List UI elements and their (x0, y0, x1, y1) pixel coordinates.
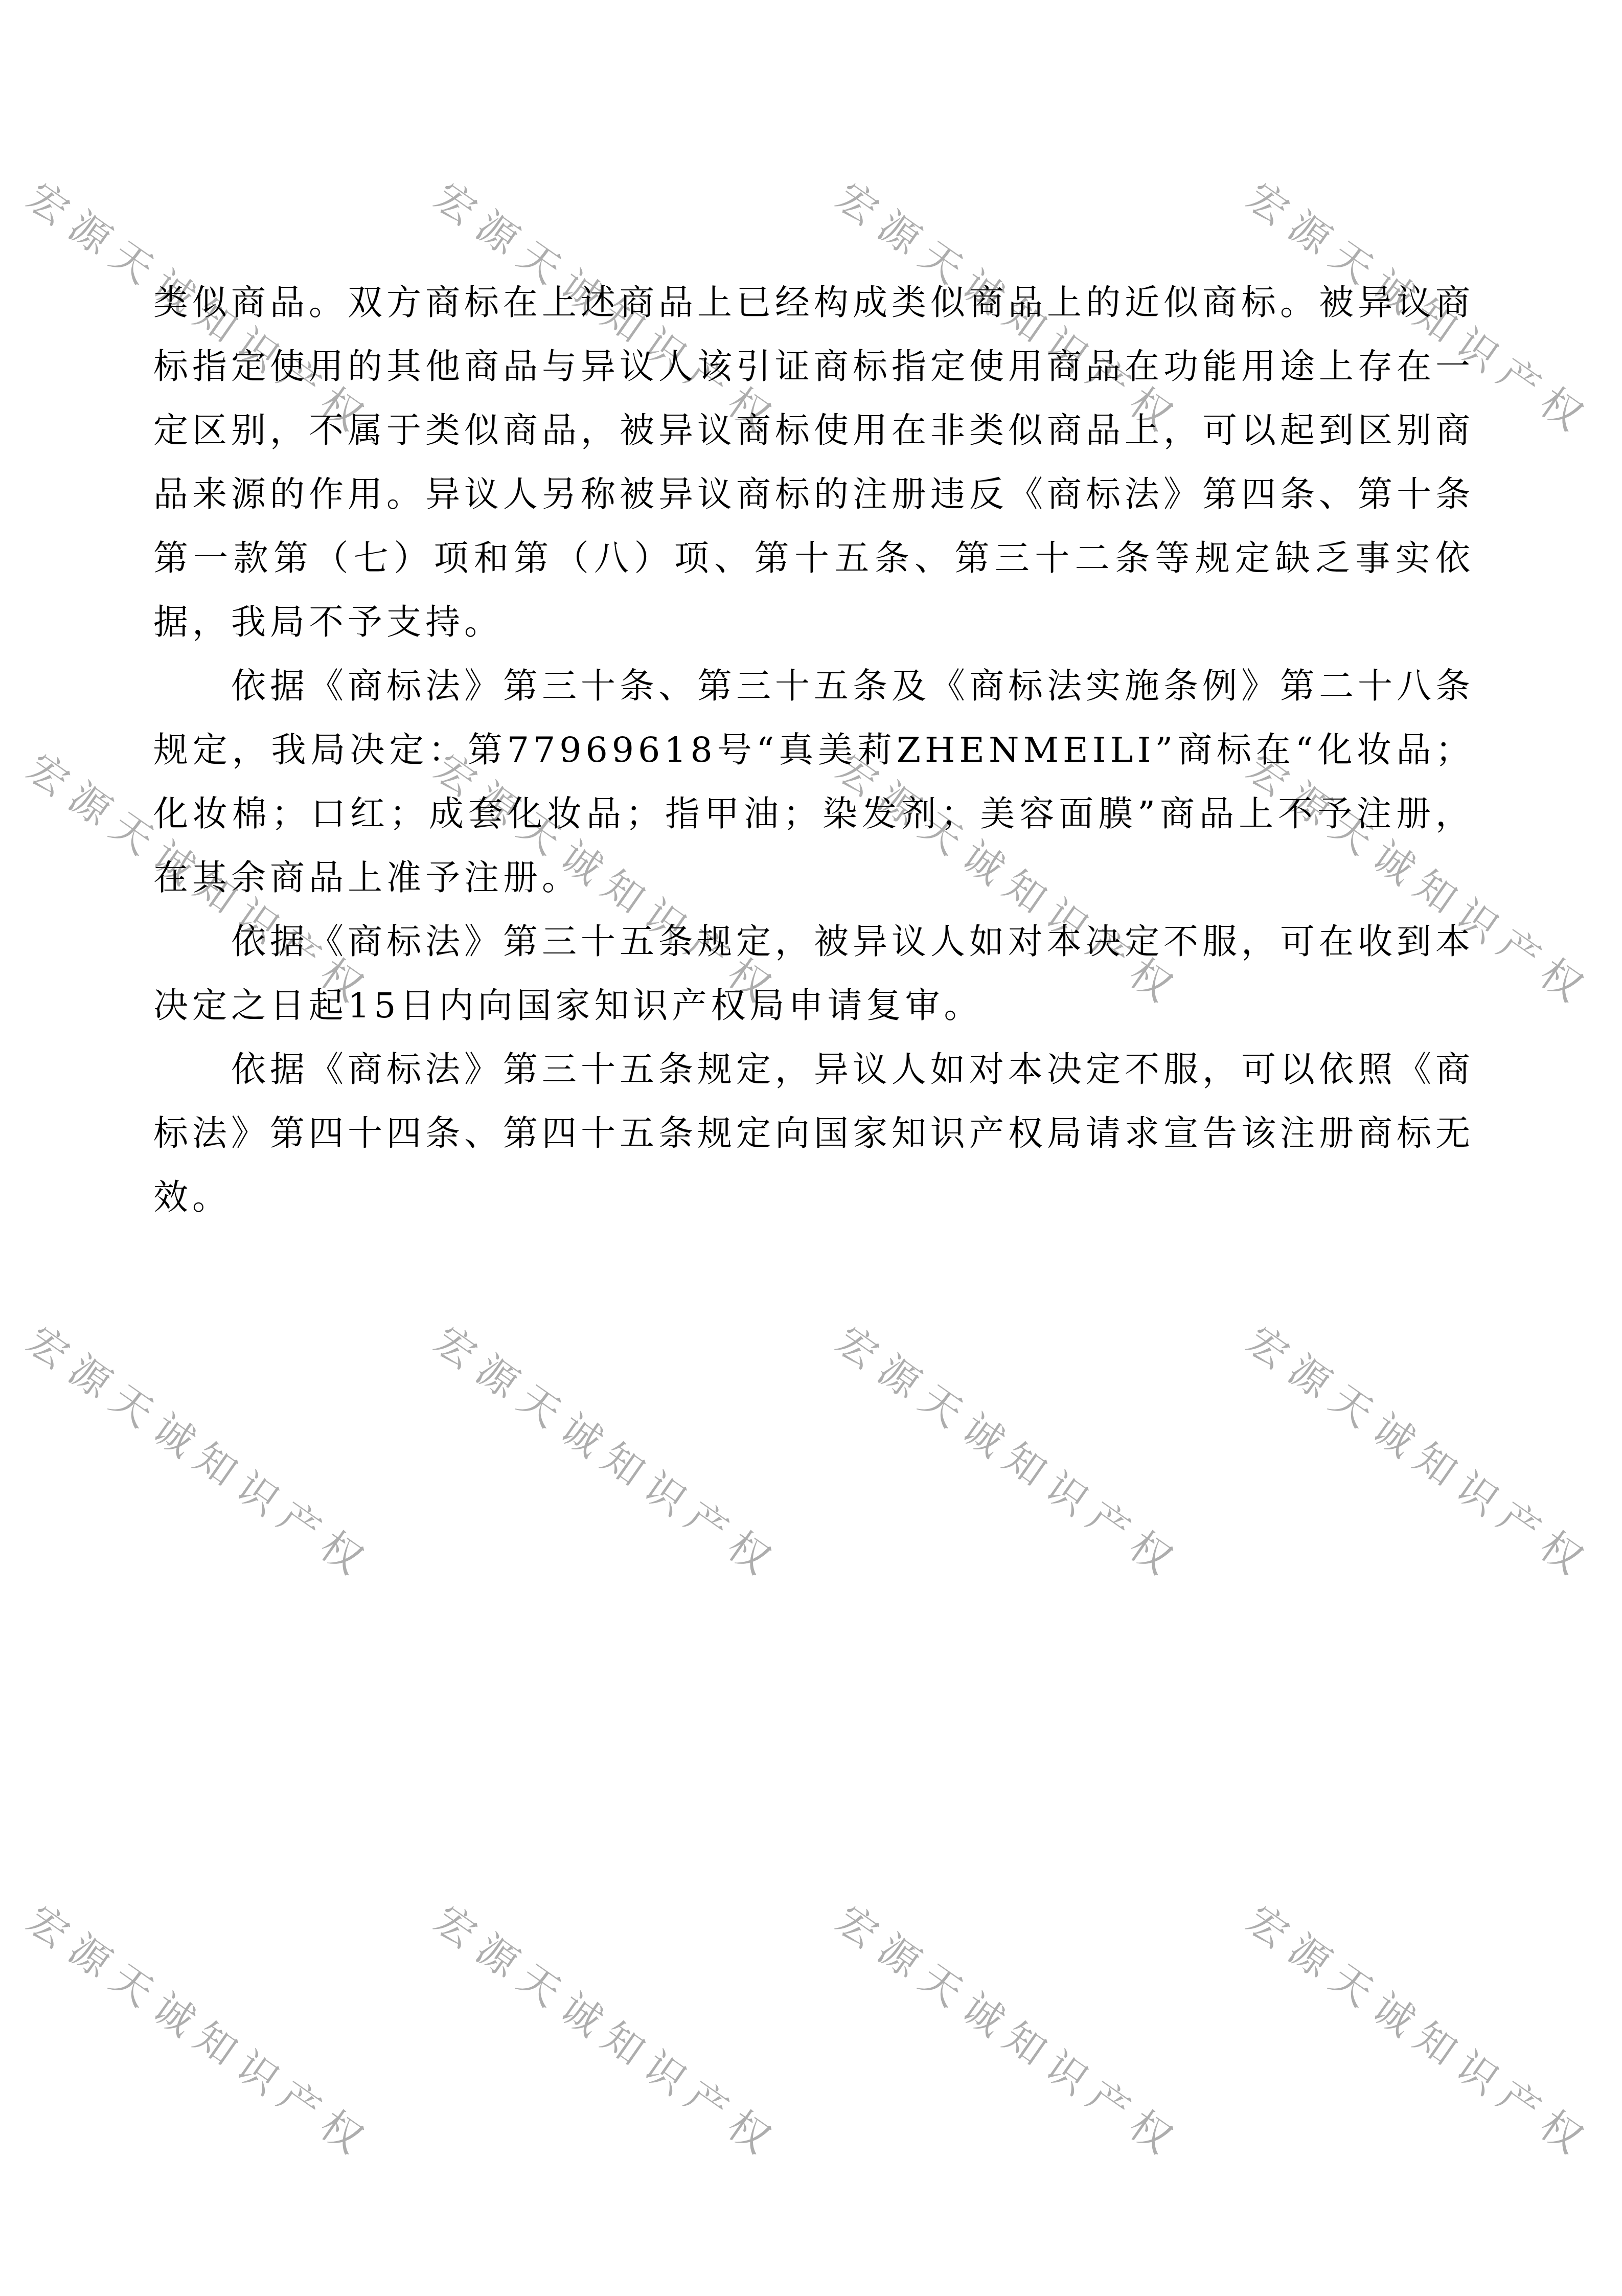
paragraph-decision: 依据《商标法》第三十条、第三十五条及《商标法实施条例》第二十八条规定，我局决定：… (153, 654, 1474, 910)
paragraph-similarity-finding: 类似商品。双方商标在上述商品上已经构成类似商品上的近似商标。被异议商标指定使用的… (153, 271, 1474, 654)
watermark-text: 宏源天诚知识产权 (1237, 1310, 1605, 1592)
document-page: 宏源天诚知识产权 宏源天诚知识产权 宏源天诚知识产权 宏源天诚知识产权 宏源天诚… (0, 0, 1622, 2296)
document-body: 类似商品。双方商标在上述商品上已经构成类似商品上的近似商标。被异议商标指定使用的… (153, 271, 1474, 1230)
watermark-text: 宏源天诚知识产权 (425, 1310, 793, 1592)
watermark-text: 宏源天诚知识产权 (17, 1889, 385, 2171)
watermark-text: 宏源天诚知识产权 (1237, 1889, 1605, 2171)
paragraph-invalidation-right-opponent: 依据《商标法》第三十五条规定，异议人如对本决定不服，可以依照《商标法》第四十四条… (153, 1038, 1474, 1230)
watermark-text: 宏源天诚知识产权 (827, 1310, 1195, 1592)
paragraph-review-right-opposed-party: 依据《商标法》第三十五条规定，被异议人如对本决定不服，可在收到本决定之日起15日… (153, 910, 1474, 1038)
watermark-text: 宏源天诚知识产权 (17, 1310, 385, 1592)
watermark-text: 宏源天诚知识产权 (425, 1889, 793, 2171)
watermark-text: 宏源天诚知识产权 (827, 1889, 1195, 2171)
